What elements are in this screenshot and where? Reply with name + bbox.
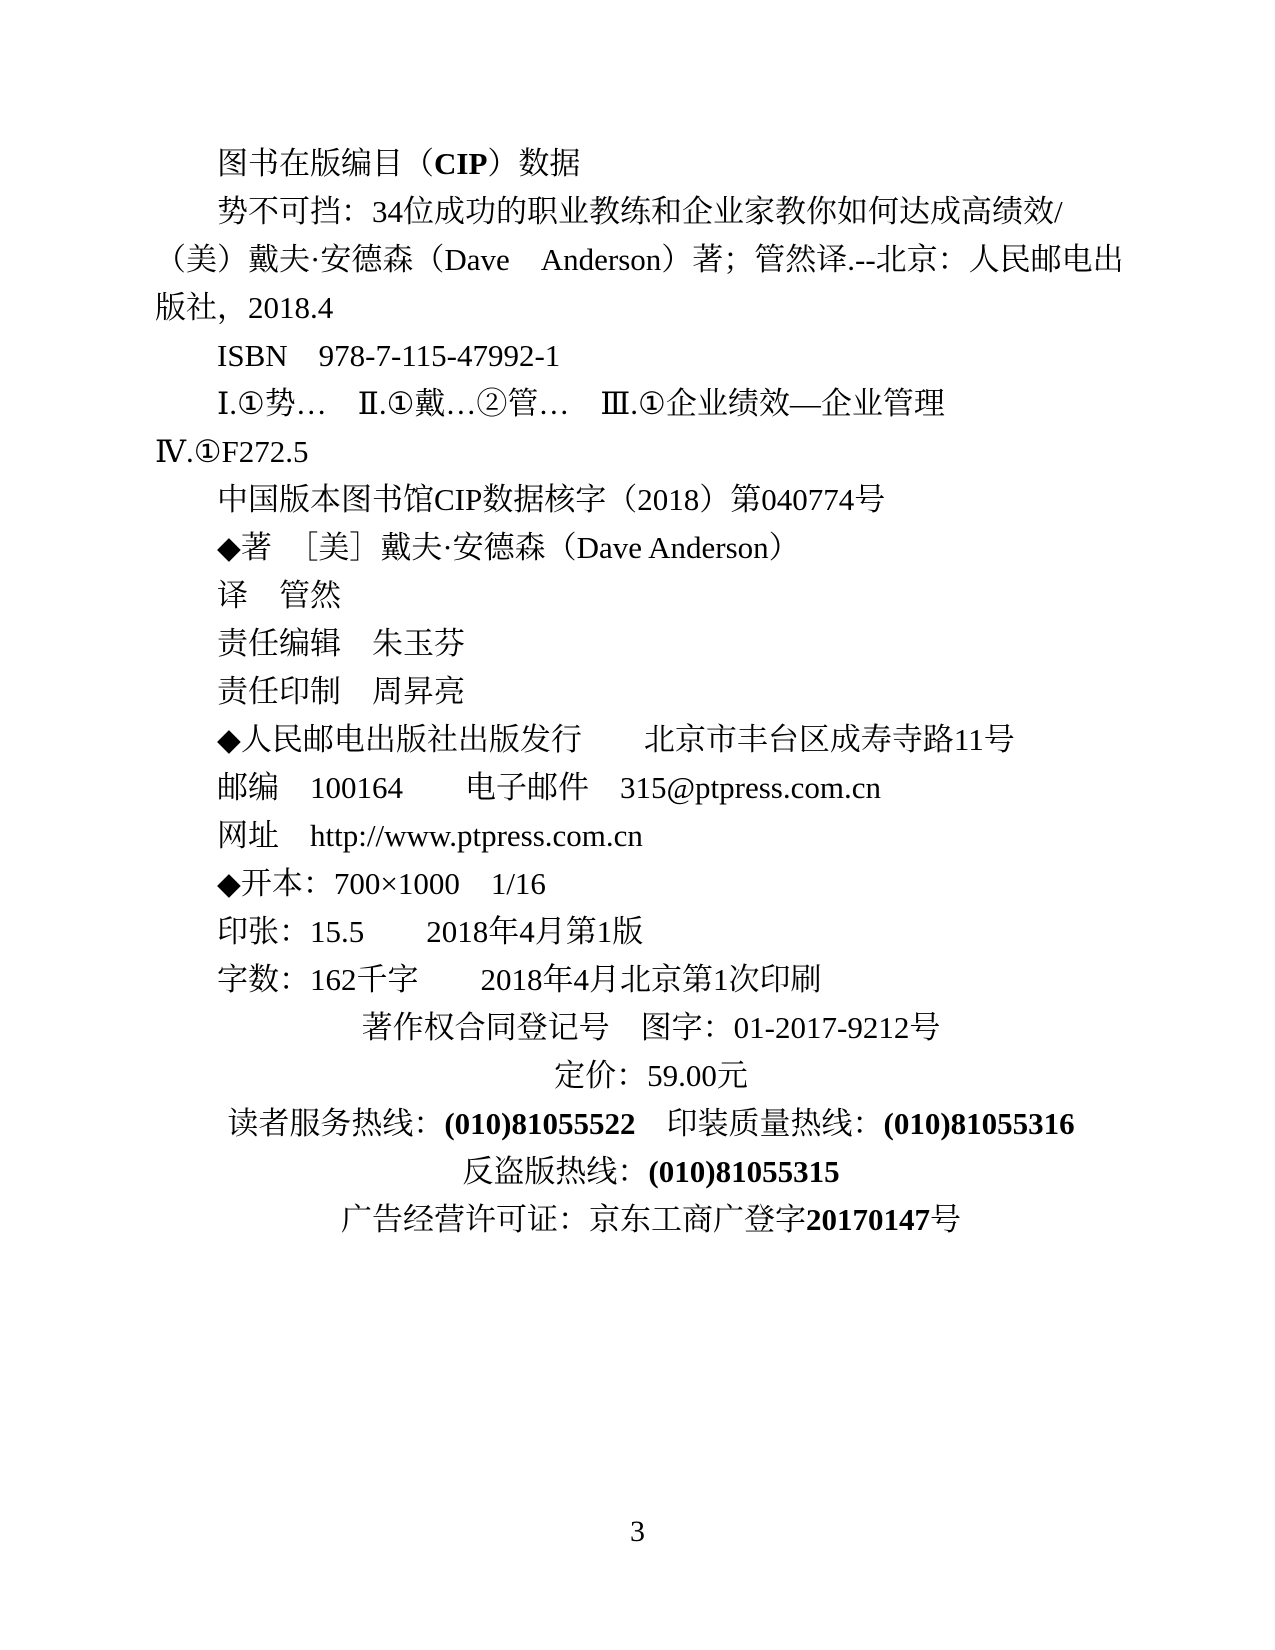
hotline-line-text: 读者服务热线： [227,1106,444,1141]
cip-title-line-text: CIP [434,146,487,181]
hotline-line: 读者服务热线：(010)81055522 印装质量热线：(010)8105531… [155,1100,1147,1148]
price-line-text: 定价：59.00元 [554,1058,748,1093]
editor-line: 责任编辑 朱玉芬 [155,620,1147,668]
page-number: 3 [0,1512,1275,1552]
website-line: 网址 http://www.ptpress.com.cn [155,812,1147,860]
isbn-line: ISBN 978-7-115-47992-1 [155,332,1147,380]
cip-text-block: 图书在版编目（CIP）数据势不可挡：34位成功的职业教练和企业家教你如何达成高绩… [155,140,1147,1244]
ad-license-line-text: 号 [930,1202,961,1237]
editor-line-text: 责任编辑 朱玉芬 [217,626,465,661]
postcode-email-line: 邮编 100164 电子邮件 315@ptpress.com.cn [155,764,1147,812]
author-credit-line: ◆著 ［美］戴夫·安德森（Dave Anderson） [155,524,1147,572]
cip-record-line: 中国版本图书馆CIP数据核字（2018）第040774号 [155,476,1147,524]
wordcount-printing-line-text: 字数：162千字 2018年4月北京第1次印刷 [217,962,822,997]
print-supervisor-line-text: 责任印制 周昇亮 [217,674,465,709]
translator-line-text: 译 管然 [217,578,341,613]
format-line: ◆开本：700×1000 1/16 [155,860,1147,908]
publisher-line-text: ◆人民邮电出版社出版发行 北京市丰台区成寿寺路11号 [217,722,1015,757]
classification-line-1-text: Ⅰ.①势… Ⅱ.①戴…②管… Ⅲ.①企业绩效—企业管理 [217,386,945,421]
ad-license-line: 广告经营许可证：京东工商广登字20170147号 [155,1196,1147,1244]
cip-title-line-text: 图书在版编目（ [217,146,434,181]
price-line: 定价：59.00元 [155,1052,1147,1100]
hotline-line-text: (010)81055522 [444,1106,635,1141]
copyright-registration-line-text: 著作权合同登记号 图字：01-2017-9212号 [362,1010,941,1045]
print-supervisor-line: 责任印制 周昇亮 [155,668,1147,716]
postcode-email-line-text: 邮编 100164 电子邮件 315@ptpress.com.cn [217,770,881,805]
translator-line: 译 管然 [155,572,1147,620]
format-line-text: ◆开本：700×1000 1/16 [217,866,546,901]
publisher-line: ◆人民邮电出版社出版发行 北京市丰台区成寿寺路11号 [155,716,1147,764]
antipiracy-line: 反盗版热线：(010)81055315 [155,1148,1147,1196]
wordcount-printing-line: 字数：162千字 2018年4月北京第1次印刷 [155,956,1147,1004]
ad-license-line-text: 广告经营许可证：京东工商广登字 [341,1202,806,1237]
cip-page: 图书在版编目（CIP）数据势不可挡：34位成功的职业教练和企业家教你如何达成高绩… [0,0,1275,1650]
antipiracy-line-text: 反盗版热线： [462,1154,648,1189]
website-line-text: 网址 http://www.ptpress.com.cn [217,818,643,853]
author-line-1: （美）戴夫·安德森（Dave Anderson）著；管然译.--北京：人民邮电出 [155,236,1147,284]
author-line-1-text: （美）戴夫·安德森（Dave Anderson）著；管然译.--北京：人民邮电出 [155,242,1124,277]
book-title-line: 势不可挡：34位成功的职业教练和企业家教你如何达成高绩效/ [155,188,1147,236]
cip-title-line-text: ）数据 [487,146,580,181]
isbn-line-text: ISBN 978-7-115-47992-1 [217,338,560,373]
hotline-line-text: 印装质量热线： [636,1106,884,1141]
ad-license-line-text: 20170147 [806,1202,930,1237]
sheets-edition-line-text: 印张：15.5 2018年4月第1版 [217,914,643,949]
cip-record-line-text: 中国版本图书馆CIP数据核字（2018）第040774号 [217,482,885,517]
classification-line-2-text: Ⅳ.①F272.5 [155,434,309,469]
hotline-line-text: (010)81055316 [884,1106,1075,1141]
copyright-registration-line: 著作权合同登记号 图字：01-2017-9212号 [155,1004,1147,1052]
author-credit-line-text: ◆著 ［美］戴夫·安德森（Dave Anderson） [217,530,800,565]
classification-line-2: Ⅳ.①F272.5 [155,428,1147,476]
book-title-line-text: 势不可挡：34位成功的职业教练和企业家教你如何达成高绩效/ [217,194,1063,229]
antipiracy-line-text: (010)81055315 [648,1154,839,1189]
cip-title-line: 图书在版编目（CIP）数据 [155,140,1147,188]
author-line-2-text: 版社，2018.4 [155,290,333,325]
sheets-edition-line: 印张：15.5 2018年4月第1版 [155,908,1147,956]
author-line-2: 版社，2018.4 [155,284,1147,332]
classification-line-1: Ⅰ.①势… Ⅱ.①戴…②管… Ⅲ.①企业绩效—企业管理 [155,380,1147,428]
